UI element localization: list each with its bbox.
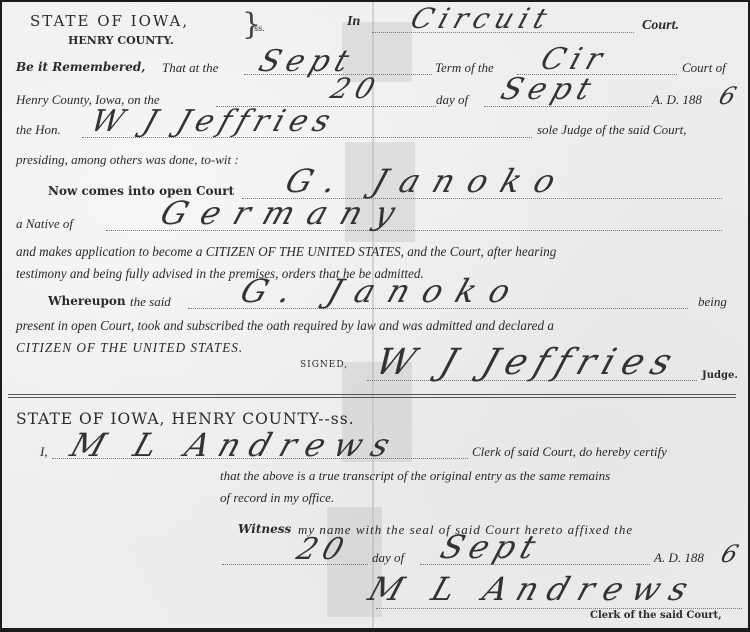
clerk-title: Clerk of the said Court, <box>590 610 722 621</box>
line11-text: CITIZEN OF THE UNITED STATES. <box>16 340 243 356</box>
line1-text: That at the <box>162 60 218 76</box>
be-it-remembered: Be it Remembered, <box>16 60 145 74</box>
witness-day-of: day of <box>372 550 404 566</box>
clerk-signature: M L Andrews <box>364 570 703 608</box>
header-in: In <box>347 14 360 30</box>
line10-text: present in open Court, took and subscrib… <box>16 318 554 334</box>
term-of-the: Term of the <box>435 60 494 76</box>
clerk-text: Clerk of said Court, do hereby certify <box>472 444 667 460</box>
clerk-handwritten: M L Andrews <box>66 426 405 464</box>
whereupon: Whereupon <box>48 294 126 308</box>
header-county: HENRY COUNTY. <box>68 34 174 47</box>
certificate-line2: that the above is a true transcript of t… <box>220 468 610 484</box>
line6-text: a Native of <box>16 216 73 232</box>
applicant-handwritten-2: G. Janoko <box>236 272 530 310</box>
ad-year: A. D. 188 <box>652 92 702 108</box>
country-handwritten: Germany <box>156 194 414 232</box>
divider-rule <box>8 397 736 398</box>
judge-signature: W J Jeffries <box>370 342 685 383</box>
court-label: Court. <box>642 18 679 34</box>
witness-month-handwritten: Sept <box>436 528 547 566</box>
court-of: Court of <box>682 60 726 76</box>
year-digit-handwritten: 6 <box>715 82 739 110</box>
certificate-line3: of record in my office. <box>220 490 334 506</box>
line4-text: presiding, among others was done, to-wit… <box>16 152 239 168</box>
court-type-handwritten: Circuit <box>407 2 557 35</box>
line3-text: the Hon. <box>16 122 61 138</box>
line9-text: the said <box>130 294 171 310</box>
naturalization-document: STATE OF IOWA, HENRY COUNTY. } ss. In Ci… <box>2 2 748 628</box>
witness-year-digit: 6 <box>717 540 741 568</box>
divider-rule <box>8 394 736 395</box>
judge-title: Judge. <box>702 370 738 381</box>
day-of: day of <box>436 92 468 108</box>
judge-handwritten: W J Jeffries <box>86 104 340 139</box>
witness-lead: Witness <box>238 522 291 536</box>
header-state: STATE OF IOWA, <box>30 12 189 30</box>
header-ss: ss. <box>254 24 265 33</box>
being: being <box>698 294 727 310</box>
witness-ad-year: A. D. 188 <box>654 550 704 566</box>
line7-text: and makes application to become a CITIZE… <box>16 244 556 260</box>
month-handwritten: Sept <box>496 72 601 107</box>
i-label: I, <box>40 444 48 460</box>
day-handwritten: 20 <box>327 72 385 105</box>
line3-suffix: sole Judge of the said Court, <box>537 122 687 138</box>
signed-label: SIGNED, <box>300 360 348 370</box>
